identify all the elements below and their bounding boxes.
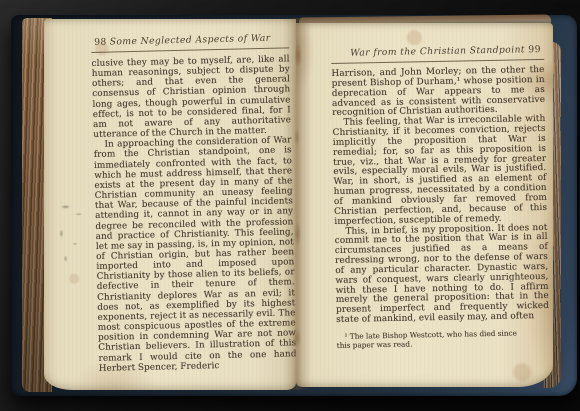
left-page-text: clusive they may be to myself, are, like…	[92, 54, 297, 373]
left-page: 98 Some Neglected Aspects of War clusive…	[44, 19, 296, 390]
left-running-title: Some Neglected Aspects of War	[91, 32, 289, 48]
right-page-number: 99	[528, 44, 541, 55]
paragraph: In approaching the consideration of War …	[93, 136, 296, 374]
right-page-text: Harrison, and John Morley; on the other …	[331, 66, 549, 326]
paragraph: Harrison, and John Morley; on the other …	[331, 66, 545, 119]
paragraph: This feeling, that War is irreconcilable…	[332, 115, 547, 227]
footnote: ¹ The late Bishop Westcott, who has died…	[336, 329, 532, 350]
photo-background: 98 Some Neglected Aspects of War clusive…	[0, 0, 580, 411]
right-page-header: War from the Christian Standpoint 99	[331, 44, 544, 61]
right-page: War from the Christian Standpoint 99 Har…	[296, 23, 553, 387]
paragraph: clusive they may be to myself, are, like…	[92, 54, 292, 140]
right-page-content: War from the Christian Standpoint 99 Har…	[331, 44, 550, 350]
right-running-title: War from the Christian Standpoint	[331, 44, 544, 59]
paragraph: This, in brief, is my proposition. It do…	[334, 223, 549, 326]
left-page-content: 98 Some Neglected Aspects of War clusive…	[91, 32, 297, 373]
